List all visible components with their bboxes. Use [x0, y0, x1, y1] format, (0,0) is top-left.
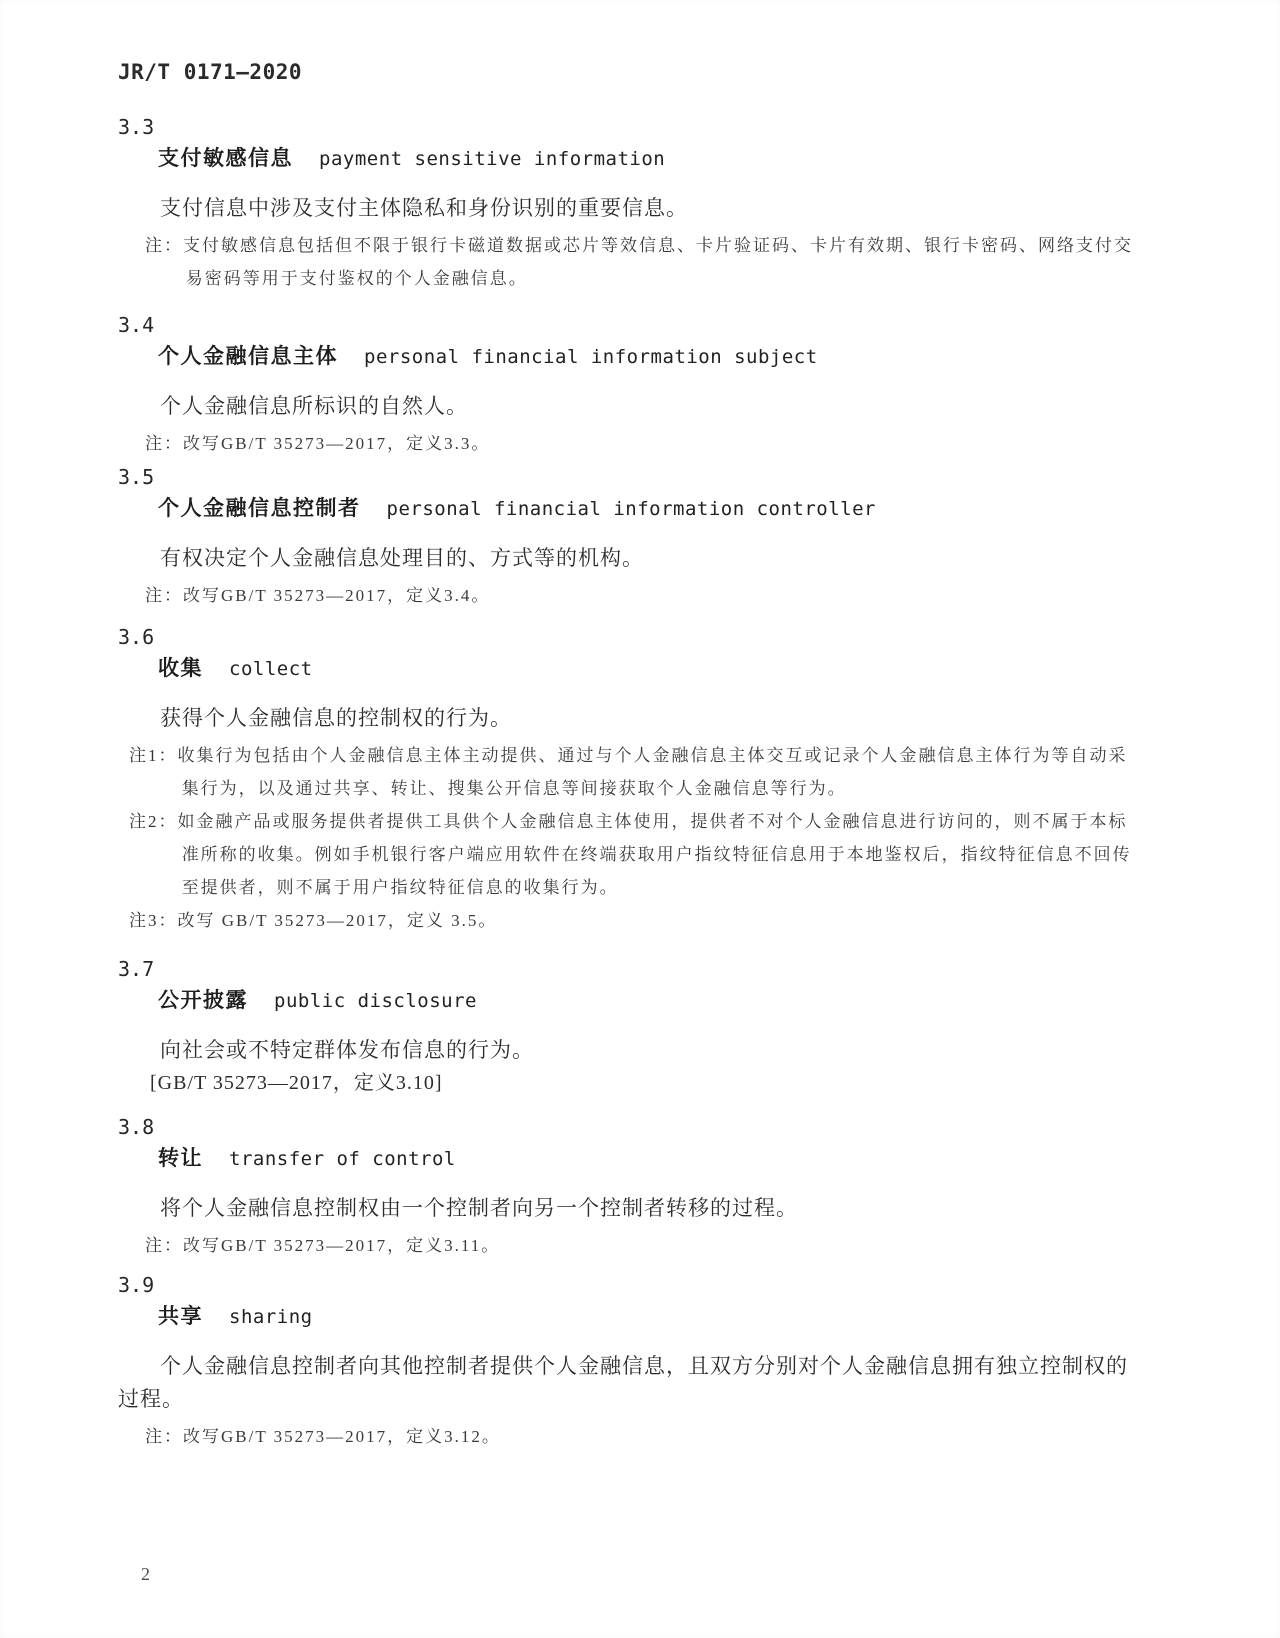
term-chinese: 转让 [158, 1147, 203, 1170]
clause-number: 3.9 [118, 1272, 1138, 1298]
page-number: 2 [141, 1562, 150, 1586]
note: 注：支付敏感信息包括但不限于银行卡磁道数据或芯片等效信息、卡片验证码、卡片有效期… [145, 229, 1138, 295]
term-heading: 公开披露public disclosure [158, 988, 1138, 1016]
note-label: 注： [145, 1427, 183, 1446]
note-label: 注1： [129, 746, 178, 765]
definition-text: 个人金融信息所标识的自然人。 [118, 390, 1138, 423]
section-3-4: 3.4 个人金融信息主体personal financial informati… [118, 312, 1138, 460]
note-text: 改写GB/T 35273—2017，定义3.11。 [183, 1236, 500, 1255]
note-text: 收集行为包括由个人金融信息主体主动提供、通过与个人金融信息主体交互或记录个人金融… [178, 746, 1128, 798]
term-chinese: 个人金融信息主体 [158, 345, 338, 368]
definition-text: 有权决定个人金融信息处理目的、方式等的机构。 [118, 542, 1138, 575]
note: 注2：如金融产品或服务提供者提供工具供个人金融信息主体使用，提供者不对个人金融信… [129, 805, 1138, 904]
note-text: 如金融产品或服务提供者提供工具供个人金融信息主体使用，提供者不对个人金融信息进行… [178, 812, 1132, 897]
note-text: 改写GB/T 35273—2017，定义3.3。 [183, 434, 490, 453]
term-english: sharing [229, 1306, 313, 1328]
definition-text: 获得个人金融信息的控制权的行为。 [118, 702, 1138, 735]
definition-text: 将个人金融信息控制权由一个控制者向另一个控制者转移的过程。 [118, 1192, 1138, 1225]
term-heading: 转让transfer of control [158, 1146, 1138, 1174]
definition-text: 个人金融信息控制者向其他控制者提供个人金融信息，且双方分别对个人金融信息拥有独立… [118, 1350, 1138, 1416]
term-english: personal financial information subject [364, 346, 818, 368]
note-text: 改写 GB/T 35273—2017，定义 3.5。 [178, 911, 498, 930]
clause-number: 3.3 [118, 114, 1138, 140]
note-label: 注： [145, 434, 183, 453]
section-3-9: 3.9 共享sharing 个人金融信息控制者向其他控制者提供个人金融信息，且双… [118, 1272, 1138, 1453]
note-label: 注： [145, 1236, 183, 1255]
note-label: 注： [145, 586, 183, 605]
note-label: 注3： [129, 911, 178, 930]
term-heading: 收集collect [158, 656, 1138, 684]
clause-number: 3.7 [118, 956, 1138, 982]
note-text: 支付敏感信息包括但不限于银行卡磁道数据或芯片等效信息、卡片验证码、卡片有效期、银… [183, 236, 1133, 288]
note: 注：改写GB/T 35273—2017，定义3.3。 [145, 427, 1138, 460]
note-text: 改写GB/T 35273—2017，定义3.12。 [183, 1427, 501, 1446]
term-english: public disclosure [274, 990, 477, 1012]
term-chinese: 支付敏感信息 [158, 147, 293, 170]
clause-number: 3.6 [118, 624, 1138, 650]
term-chinese: 收集 [158, 657, 203, 680]
term-english: collect [229, 658, 313, 680]
section-3-7: 3.7 公开披露public disclosure 向社会或不特定群体发布信息的… [118, 956, 1138, 1100]
term-heading: 支付敏感信息payment sensitive information [158, 146, 1138, 174]
definition-text: 向社会或不特定群体发布信息的行为。 [118, 1034, 1138, 1067]
note: 注3：改写 GB/T 35273—2017，定义 3.5。 [129, 904, 1138, 937]
section-3-6: 3.6 收集collect 获得个人金融信息的控制权的行为。 注1：收集行为包括… [118, 624, 1138, 937]
clause-number: 3.5 [118, 464, 1138, 490]
standard-code-header: JR/T 0171—2020 [118, 60, 302, 84]
term-english: transfer of control [229, 1148, 456, 1170]
section-3-5: 3.5 个人金融信息控制者personal financial informat… [118, 464, 1138, 612]
term-english: personal financial information controlle… [387, 498, 877, 520]
note-label: 注： [145, 236, 183, 255]
term-heading: 共享sharing [158, 1304, 1138, 1332]
term-chinese: 公开披露 [158, 989, 248, 1012]
note: 注：改写GB/T 35273—2017，定义3.4。 [145, 579, 1138, 612]
term-heading: 个人金融信息控制者personal financial information … [158, 496, 1138, 524]
section-3-3: 3.3 支付敏感信息payment sensitive information … [118, 114, 1138, 295]
section-3-8: 3.8 转让transfer of control 将个人金融信息控制权由一个控… [118, 1114, 1138, 1262]
term-heading: 个人金融信息主体personal financial information s… [158, 344, 1138, 372]
clause-number: 3.8 [118, 1114, 1138, 1140]
clause-number: 3.4 [118, 312, 1138, 338]
definition-text: 支付信息中涉及支付主体隐私和身份识别的重要信息。 [118, 192, 1138, 225]
note: 注：改写GB/T 35273—2017，定义3.11。 [145, 1229, 1138, 1262]
note: 注1：收集行为包括由个人金融信息主体主动提供、通过与个人金融信息主体交互或记录个… [129, 739, 1138, 805]
term-chinese: 共享 [158, 1305, 203, 1328]
source-reference: [GB/T 35273—2017，定义3.10] [118, 1067, 1138, 1100]
term-english: payment sensitive information [319, 148, 665, 170]
note-text: 改写GB/T 35273—2017，定义3.4。 [183, 586, 490, 605]
note: 注：改写GB/T 35273—2017，定义3.12。 [145, 1420, 1138, 1453]
note-label: 注2： [129, 812, 178, 831]
document-page: JR/T 0171—2020 3.3 支付敏感信息payment sensiti… [0, 0, 1280, 1638]
term-chinese: 个人金融信息控制者 [158, 497, 361, 520]
